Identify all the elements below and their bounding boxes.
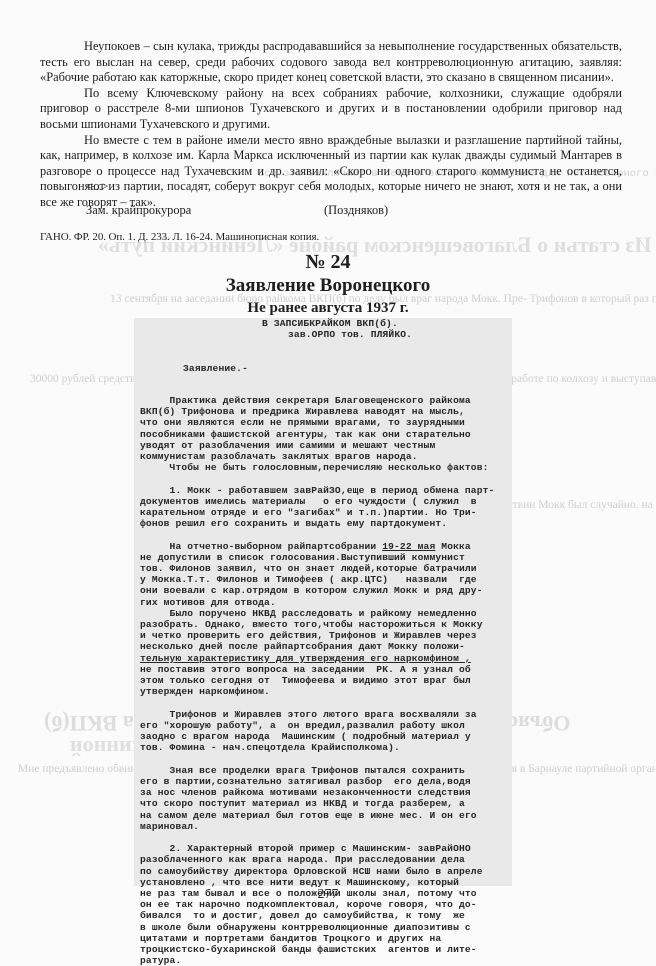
paragraph-3: Но вместе с тем в районе имели место явн… xyxy=(40,133,622,211)
paragraph-1: Неупокоев – сын кулака, трижды распродав… xyxy=(40,39,622,86)
typed-address-line-1: В ЗАПСИБКРАЙКОМ ВКП(б). xyxy=(262,318,398,329)
document-date: Не ранее августа 1937 г. xyxy=(0,300,656,317)
typed-para-1: Практика действия секретаря Благовещенск… xyxy=(140,395,489,473)
typed-para-2: 1. Мокк - работавшем завРайЗО,еще в пери… xyxy=(140,485,494,530)
signature-name: (Поздняков) xyxy=(324,203,388,218)
underlined-date: 19-22 мая xyxy=(382,541,435,552)
document-number: № 24 xyxy=(0,251,656,274)
typed-heading: Заявление.- xyxy=(183,363,248,374)
archive-source: ГАНО. ФР. 20. Оп. 1. Д. 233. Л. 16-24. М… xyxy=(40,231,319,243)
document-title: Заявление Воронецкого xyxy=(0,275,656,297)
typed-body: Практика действия секретаря Благовещенск… xyxy=(140,395,494,966)
typed-para-4: Трифонов и Жиравлев этого лютого врага в… xyxy=(140,709,477,754)
page-number: 277 xyxy=(0,887,656,903)
typed-para-5: Зная все проделки врага Трифонов пытался… xyxy=(140,765,477,832)
document-page: Все это заключает в себе и весьма неприя… xyxy=(0,0,656,966)
paragraph-2: По всему Ключевскому району на всех собр… xyxy=(40,86,622,133)
printed-paragraphs: Неупокоев – сын кулака, трижды распродав… xyxy=(40,39,622,211)
typed-para-6: 2. Характерный второй пример с Машинским… xyxy=(140,843,483,966)
typed-para-3: На отчетно-выборном райпартсобрании 19-2… xyxy=(140,541,483,698)
typed-address-line-2: зав.ОРПО тов. ПЛЯЙКО. xyxy=(288,329,412,340)
omission-mark: <...> xyxy=(86,179,109,194)
signature-role: Зам. крайпрокурора xyxy=(86,203,191,218)
